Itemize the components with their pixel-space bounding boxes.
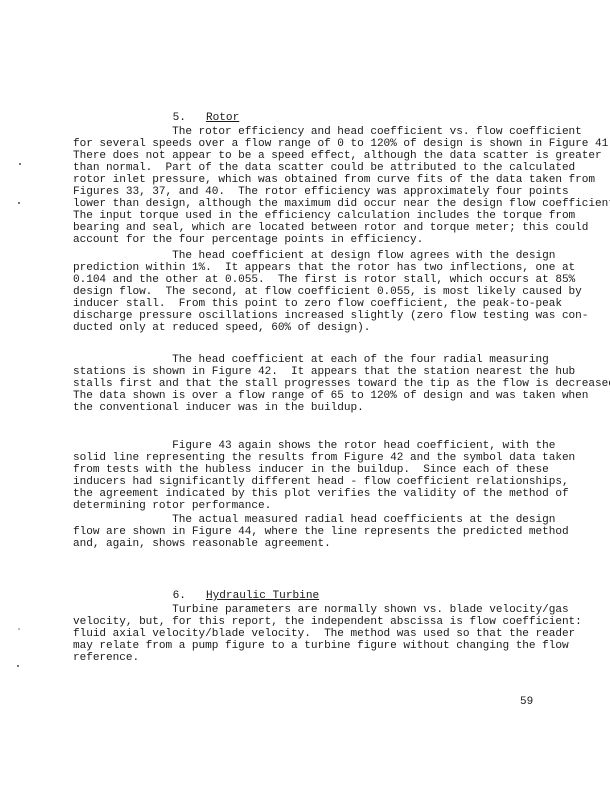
text-line: bearing and seal, which are located betw…	[73, 222, 588, 234]
text-line: solid line representing the results from…	[73, 452, 575, 464]
text-line: rotor inlet pressure, which was obtained…	[73, 174, 595, 186]
section-5-number: 5.	[173, 112, 186, 124]
text-line: inducer stall. From this point to zero f…	[73, 298, 562, 310]
text-line: design flow. The second, at flow coeffic…	[73, 286, 582, 298]
scan-mark	[17, 665, 19, 667]
text-line: The head coefficient at design flow agre…	[73, 250, 555, 262]
page-number: 59	[520, 696, 533, 708]
text-line: account for the four percentage points i…	[73, 234, 423, 246]
text-line: may relate from a pump figure to a turbi…	[73, 640, 569, 652]
text-line: The head coefficient at each of the four…	[73, 354, 549, 366]
section-5-title: Rotor	[206, 112, 239, 124]
text-line: The rotor efficiency and head coefficien…	[73, 126, 582, 138]
text-line: Figure 43 again shows the rotor head coe…	[73, 440, 555, 452]
text-line: the agreement indicated by this plot ver…	[73, 488, 569, 500]
text-line: flow are shown in Figure 44, where the l…	[73, 526, 569, 538]
text-line: Figures 33, 37, and 40. The rotor effici…	[73, 186, 569, 198]
text-line: discharge pressure oscillations increase…	[73, 310, 588, 322]
text-line: for several speeds over a flow range of …	[73, 138, 610, 150]
text-line: reference.	[73, 652, 139, 664]
text-line: The actual measured radial head coeffici…	[73, 514, 555, 526]
text-line: and, again, shows reasonable agreement.	[73, 538, 331, 550]
scan-mark	[18, 202, 20, 204]
text-line: than normal. Part of the data scatter co…	[73, 162, 575, 174]
text-line: determining rotor performance.	[73, 500, 271, 512]
text-line: prediction within 1%. It appears that th…	[73, 262, 575, 274]
text-line: 0.104 and the other at 0.055. The first …	[73, 274, 575, 286]
text-line: fluid axial velocity/blade velocity. The…	[73, 628, 575, 640]
text-line: The input torque used in the efficiency …	[73, 210, 575, 222]
text-line: inducers had significantly different hea…	[73, 476, 569, 488]
text-line: stalls first and that the stall progress…	[73, 378, 610, 390]
scan-mark	[19, 163, 21, 165]
scan-mark	[18, 628, 20, 630]
text-line: stations is shown in Figure 42. It appea…	[73, 366, 575, 378]
document-page: 5. Rotor The rotor efficiency and head c…	[0, 0, 610, 792]
text-line: lower than design, although the maximum …	[73, 198, 610, 210]
text-line: The data shown is over a flow range of 6…	[73, 390, 588, 402]
text-line: There does not appear to be a speed effe…	[73, 150, 602, 162]
section-6-title: Hydraulic Turbine	[206, 590, 319, 602]
text-line: from tests with the hubless inducer in t…	[73, 464, 549, 476]
section-6-number: 6.	[173, 590, 186, 602]
text-line: ducted only at reduced speed, 60% of des…	[73, 322, 370, 334]
text-line: the conventional inducer was in the buil…	[73, 402, 364, 414]
text-line: velocity, but, for this report, the inde…	[73, 616, 582, 628]
text-line: Turbine parameters are normally shown vs…	[73, 604, 569, 616]
